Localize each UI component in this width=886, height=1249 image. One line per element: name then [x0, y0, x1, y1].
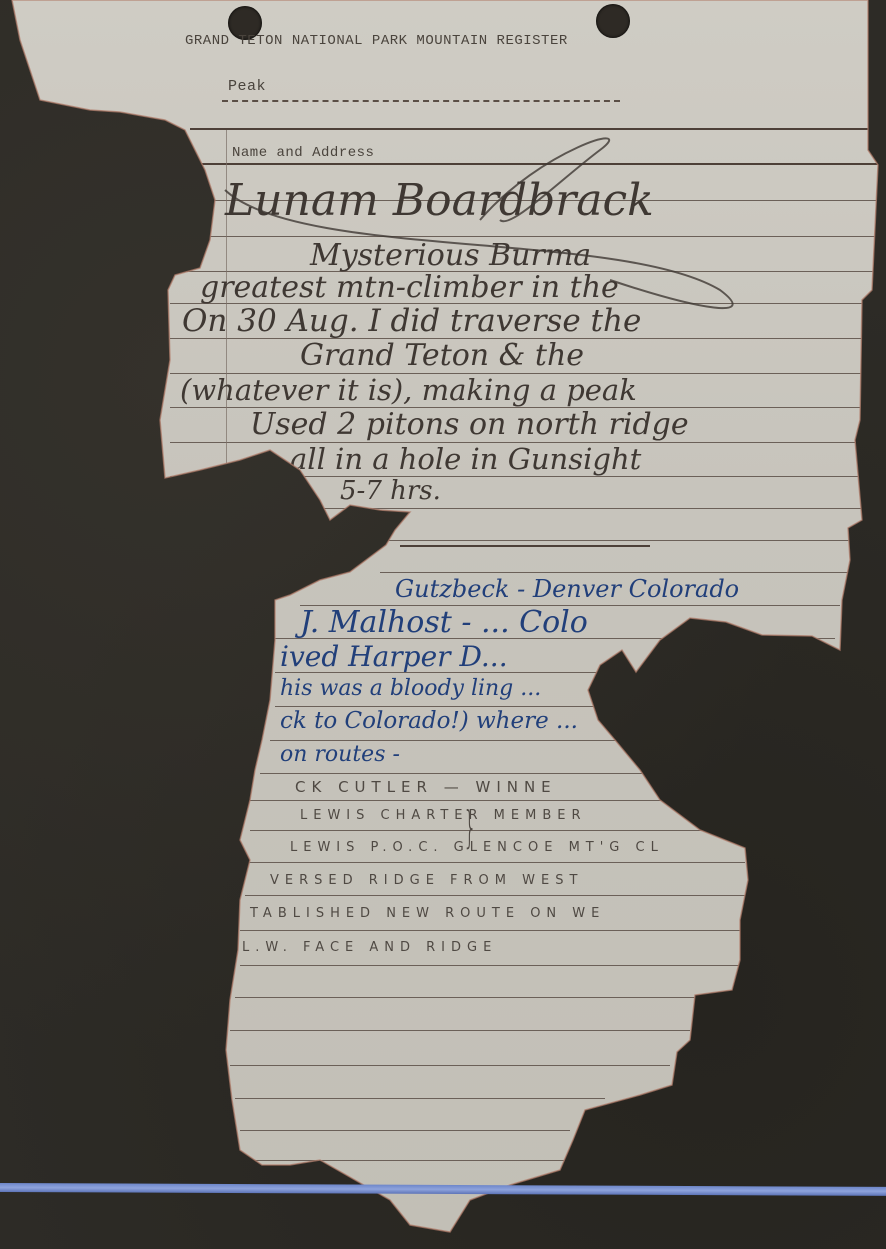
paper-torn-edge-outline [0, 0, 886, 1249]
